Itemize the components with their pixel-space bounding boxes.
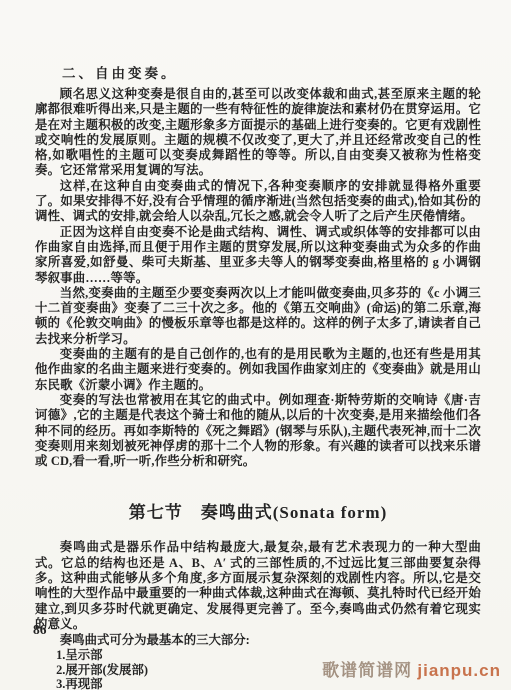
- paragraph-free-variation-3: 正因为这样自由变奏不论是曲式结构、调性、调式或织体等的安排都可以由作曲家自由选择…: [35, 225, 481, 286]
- section-heading-sonata-form: 第七节 奏鸣曲式(Sonata form): [35, 498, 481, 523]
- book-page: 二、自由变奏。 顾名思义这种变奏是很自由的,甚至可以改变体裁和曲式,甚至原来主题…: [0, 0, 511, 690]
- watermark-site-url: jianpu.cn: [417, 661, 501, 680]
- paragraph-free-variation-2: 这样,在这种自由变奏曲式的情况下,各种变奏顺序的安排就显得格外重要了。如果安排得…: [35, 179, 481, 225]
- sonata-parts-list-intro: 奏鸣曲式可分为最基本的三大部分:: [35, 632, 481, 648]
- paragraph-free-variation-4: 当然,变奏曲的主题至少要变奏两次以上才能叫做变奏曲,贝多芬的《c 小调三十二首变…: [35, 286, 481, 347]
- paragraph-free-variation-1: 顾名思义这种变奏是很自由的,甚至可以改变体裁和曲式,甚至原来主题的轮廓都很难听得…: [35, 87, 481, 179]
- paragraph-free-variation-6: 变奏的写法也常被用在其它的曲式中。例如理查·斯特劳斯的交响诗《唐·吉诃德》,它的…: [35, 393, 481, 469]
- paragraph-free-variation-5: 变奏曲的主题有的是自己创作的,也有的是用民歌为主题的,也还有些是用其他作曲家的名…: [35, 347, 481, 393]
- page-number: 86: [33, 622, 47, 638]
- subsection-heading: 二、自由变奏。: [35, 62, 481, 82]
- page-content: 二、自由变奏。 顾名思义这种变奏是很自由的,甚至可以改变体裁和曲式,甚至原来主题…: [35, 62, 481, 690]
- watermark: 歌谱简谱网 jianpu.cn: [322, 656, 501, 681]
- watermark-site-name: 歌谱简谱网: [322, 661, 412, 680]
- paragraph-sonata-1: 奏鸣曲式是器乐作品中结构最庞大,最复杂,最有艺术表现力的一种大型曲式。它总的结构…: [35, 540, 481, 632]
